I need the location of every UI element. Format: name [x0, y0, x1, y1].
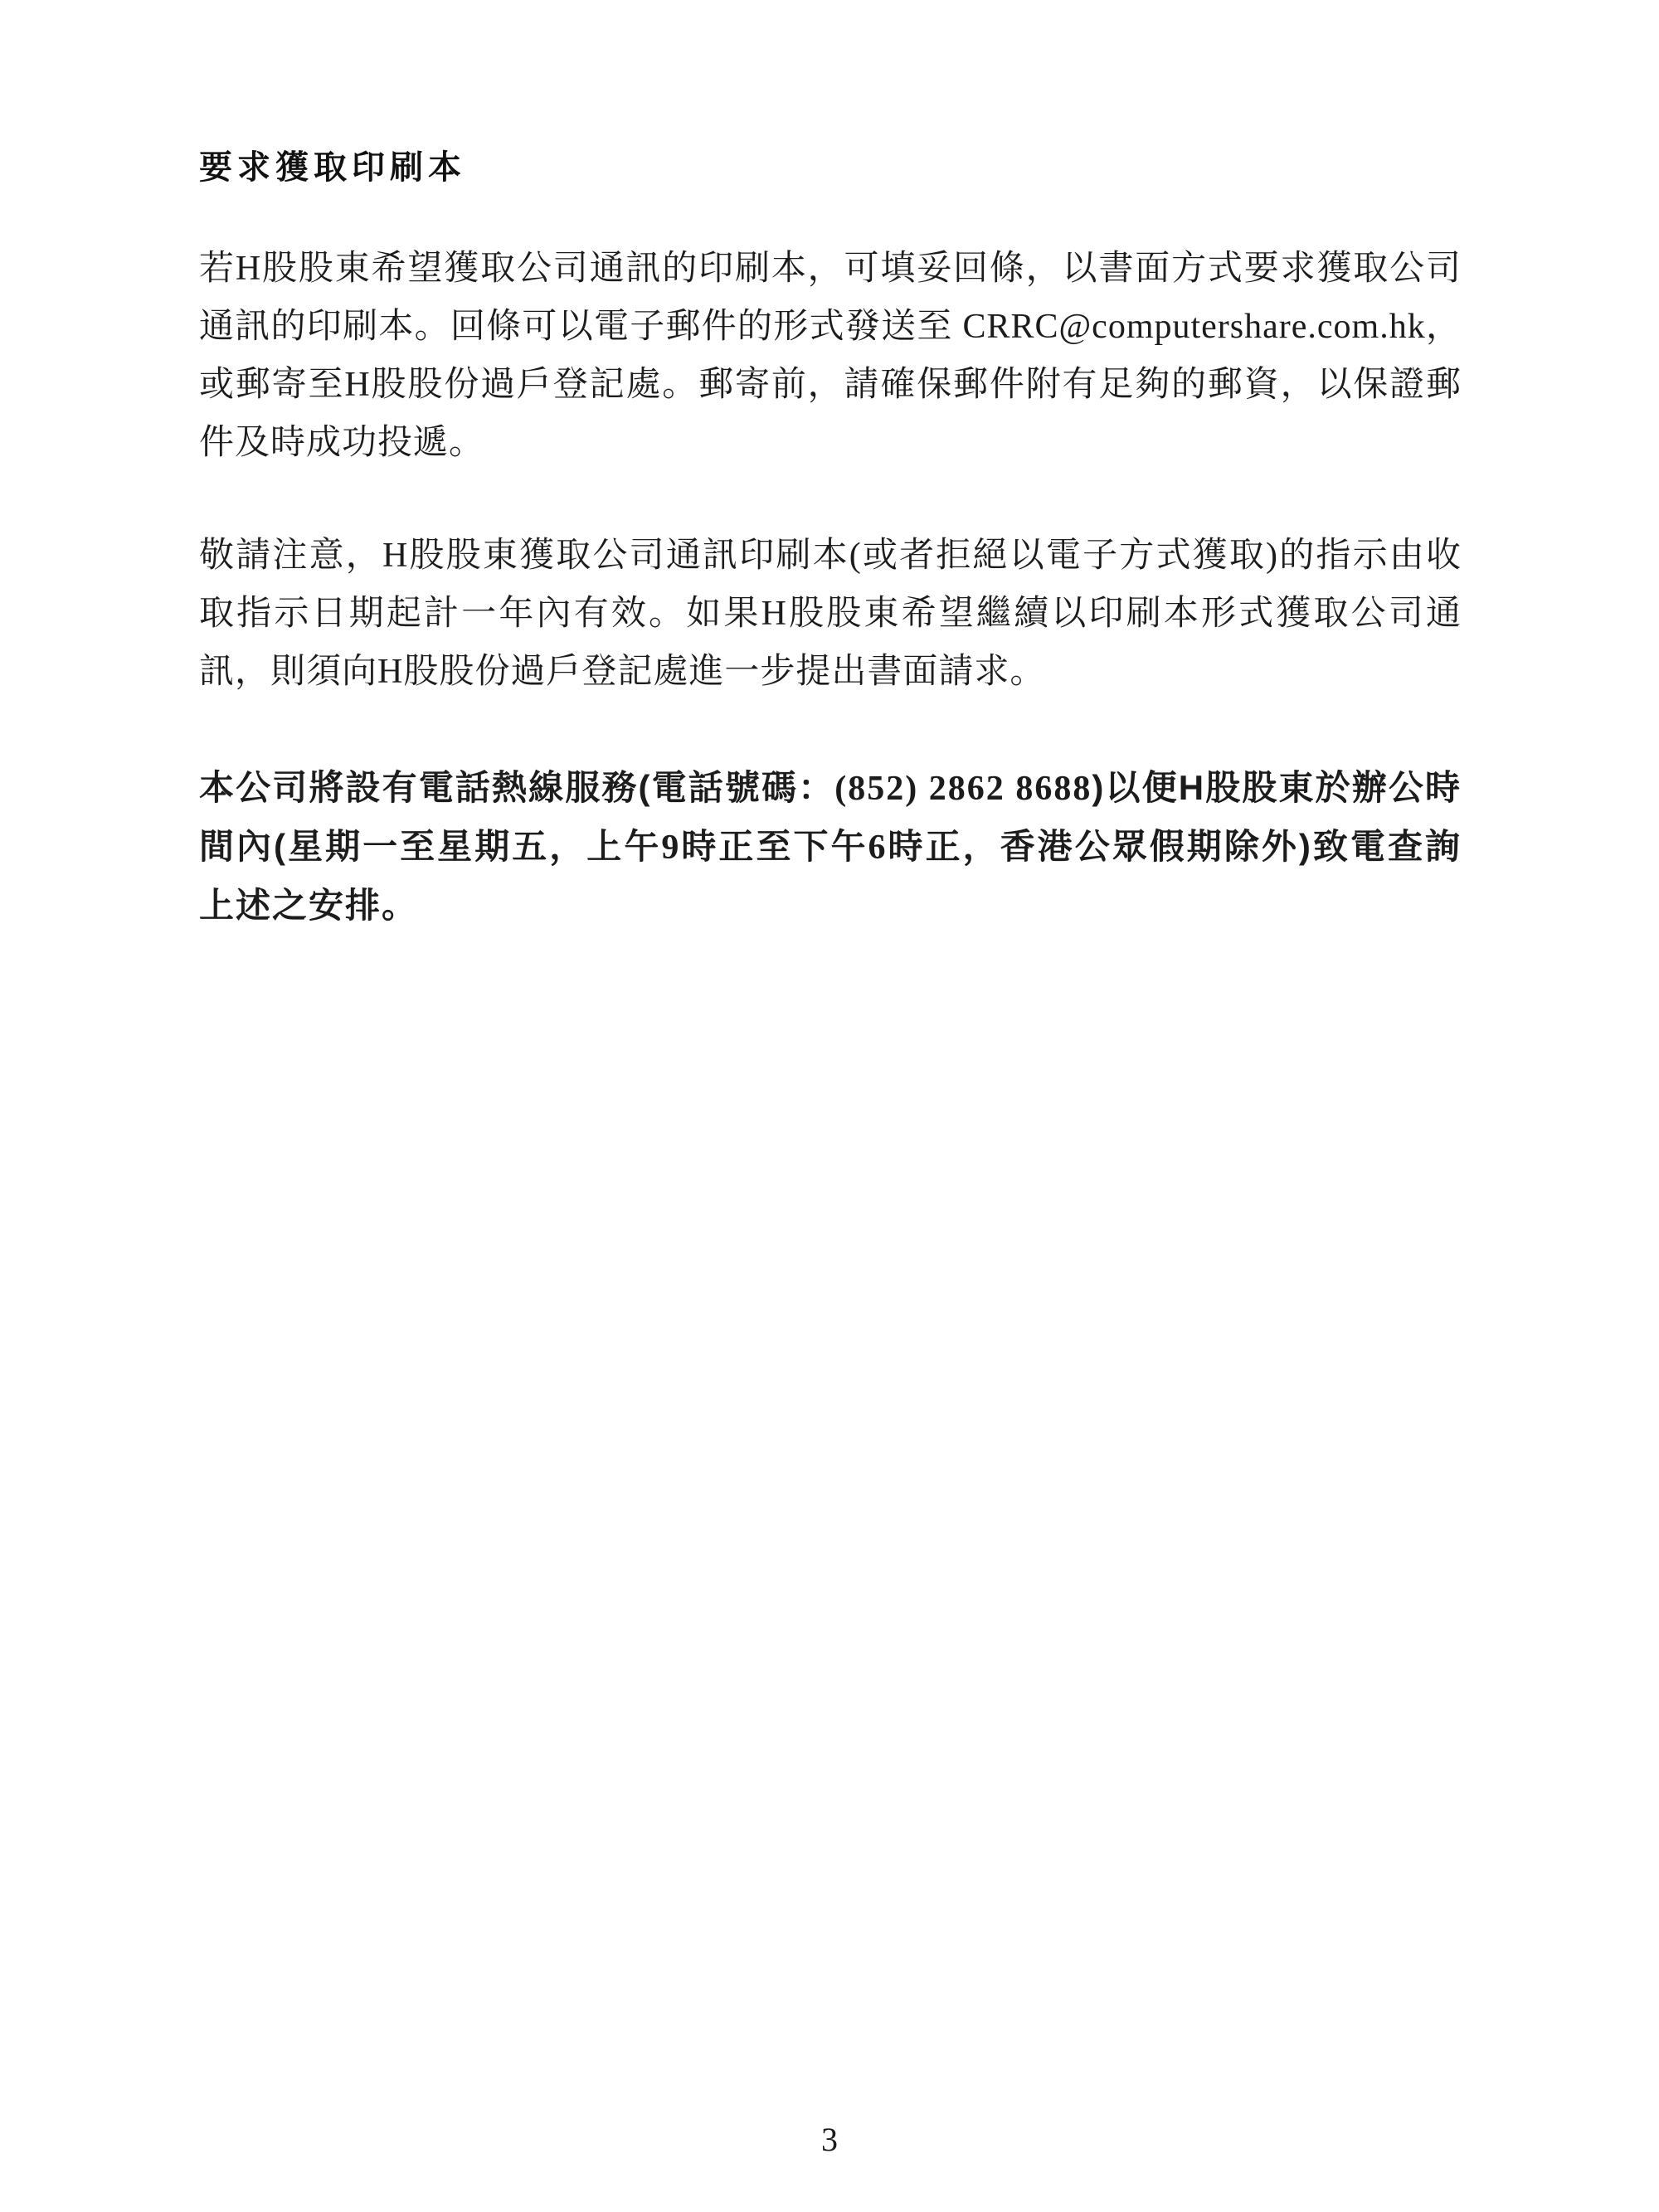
paragraph-instruction-validity: 敬請注意，H股股東獲取公司通訊印刷本(或者拒絕以電子方式獲取)的指示由收取指示日… — [199, 527, 1462, 701]
paragraph-request-printed-copies: 若H股股東希望獲取公司通訊的印刷本，可填妥回條，以書面方式要求獲取公司通訊的印刷… — [199, 240, 1462, 472]
document-page: 要求獲取印刷本 若H股股東希望獲取公司通訊的印刷本，可填妥回條，以書面方式要求獲… — [0, 0, 1659, 2212]
hotline-text-run: 時正至下午 — [680, 827, 868, 866]
hotline-phone-number: (852) 2862 8688 — [834, 770, 1092, 808]
paragraph-hotline-notice: 本公司將設有電話熱線服務(電話號碼：(852) 2862 8688)以便H股股東… — [199, 759, 1462, 935]
hotline-text-run: 本公司將設有電話熱線服務(電話號碼： — [199, 768, 834, 807]
hotline-open-hour-digit: 9 — [661, 829, 680, 867]
hotline-close-hour-digit: 6 — [868, 829, 888, 867]
section-heading: 要求獲取印刷本 — [199, 146, 1462, 189]
page-number: 3 — [0, 2117, 1659, 2163]
